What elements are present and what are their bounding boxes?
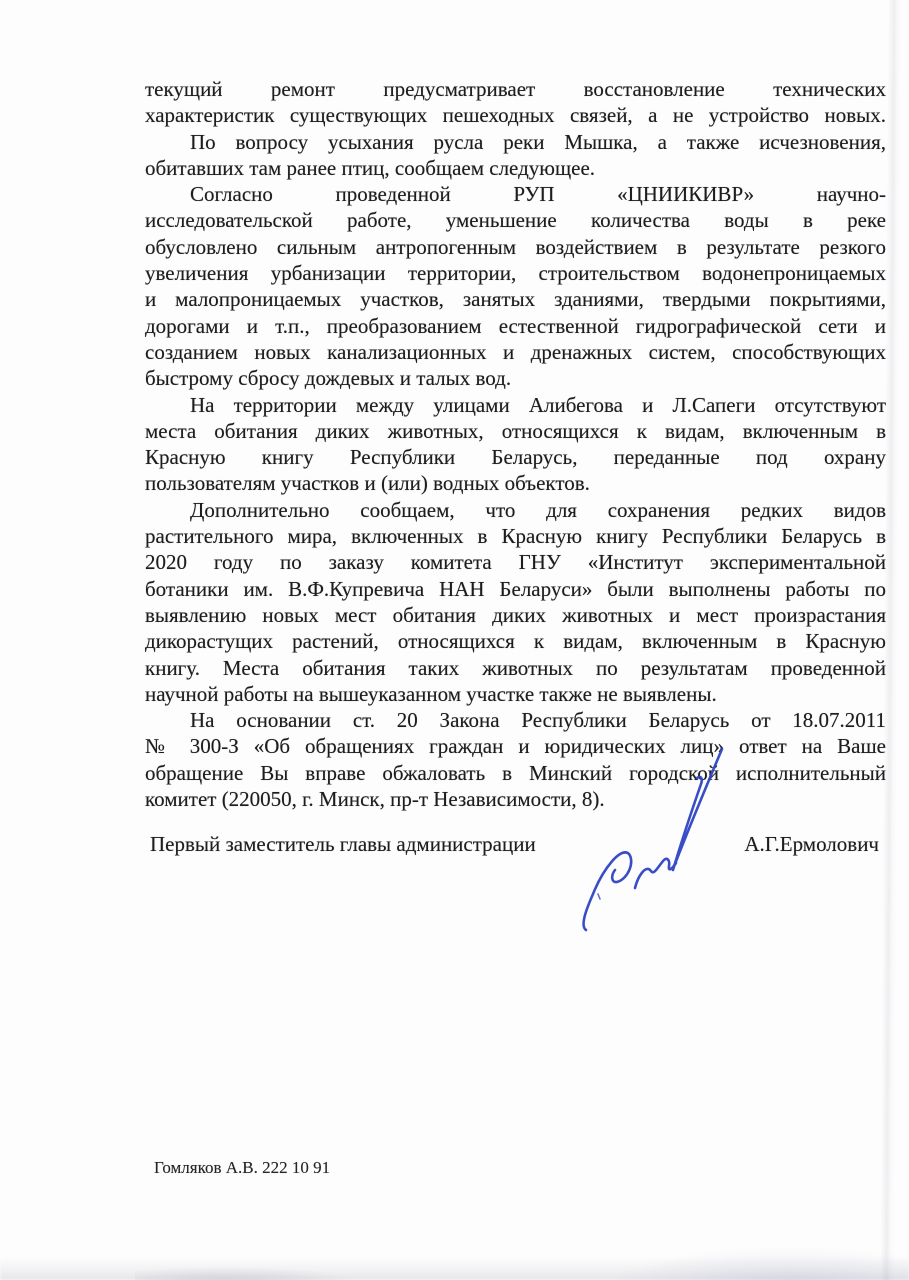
- scanned-letter-page: текущий ремонт предусматривает восстанов…: [0, 0, 909, 1280]
- text-line: книгу. Места обитания таких животных по …: [145, 655, 886, 681]
- text-line: На основании ст. 20 Закона Республики Бе…: [145, 707, 886, 733]
- text-line: дорогами и т.п., преобразованием естеств…: [145, 313, 886, 339]
- text-line: дикорастущих растений, относящихся к вид…: [145, 628, 886, 654]
- text-line: растительного мира, включенных в Красную…: [145, 523, 886, 549]
- handwritten-signature-icon: [545, 742, 735, 957]
- signoff-name: А.Г.Ермолович: [744, 832, 879, 857]
- text-line: и малопроницаемых участков, занятых здан…: [145, 286, 886, 312]
- letter-body: текущий ремонт предусматривает восстанов…: [145, 76, 886, 812]
- scan-smudge-bottom-left: [135, 1266, 355, 1280]
- text-line: выявлению новых мест обитания диких живо…: [145, 602, 886, 628]
- text-line: текущий ремонт предусматривает восстанов…: [145, 76, 886, 102]
- text-line: быстрому сбросу дождевых и талых вод.: [145, 365, 886, 391]
- text-line: ботаники им. В.Ф.Купревича НАН Беларуси»…: [145, 576, 886, 602]
- signoff-title: Первый заместитель главы администрации: [150, 832, 536, 857]
- text-line: созданием новых канализационных и дренаж…: [145, 339, 886, 365]
- scan-smudge-bottom-right: [610, 1246, 909, 1280]
- text-line: увеличения урбанизации территории, строи…: [145, 260, 886, 286]
- text-line: научной работы на вышеуказанном участке …: [145, 681, 886, 707]
- executor-note: Гомляков А.В. 222 10 91: [154, 1158, 330, 1178]
- text-line: № 300-З «Об обращениях граждан и юридиче…: [145, 733, 886, 759]
- text-line: На территории между улицами Алибегова и …: [145, 392, 886, 418]
- text-line: По вопросу усыхания русла реки Мышка, а …: [145, 129, 886, 155]
- text-line: обитавших там ранее птиц, сообщаем следу…: [145, 155, 886, 181]
- text-line: пользователям участков и (или) водных об…: [145, 470, 886, 496]
- text-line: исследовательской работе, уменьшение кол…: [145, 207, 886, 233]
- text-line: обращение Вы вправе обжаловать в Минский…: [145, 760, 886, 786]
- text-line: Дополнительно сообщаем, что для сохранен…: [145, 497, 886, 523]
- text-line: характеристик существующих пешеходных св…: [145, 102, 886, 128]
- text-line: Согласно проведенной РУП «ЦНИИКИВР» науч…: [145, 181, 886, 207]
- signoff-row: Первый заместитель главы администрации А…: [150, 832, 879, 857]
- text-line: Красную книгу Республики Беларусь, перед…: [145, 444, 886, 470]
- text-line: комитет (220050, г. Минск, пр-т Независи…: [145, 786, 886, 812]
- text-line: места обитания диких животных, относящих…: [145, 418, 886, 444]
- text-line: 2020 году по заказу комитета ГНУ «Инстит…: [145, 549, 886, 575]
- text-line: обусловлено сильным антропогенным воздей…: [145, 234, 886, 260]
